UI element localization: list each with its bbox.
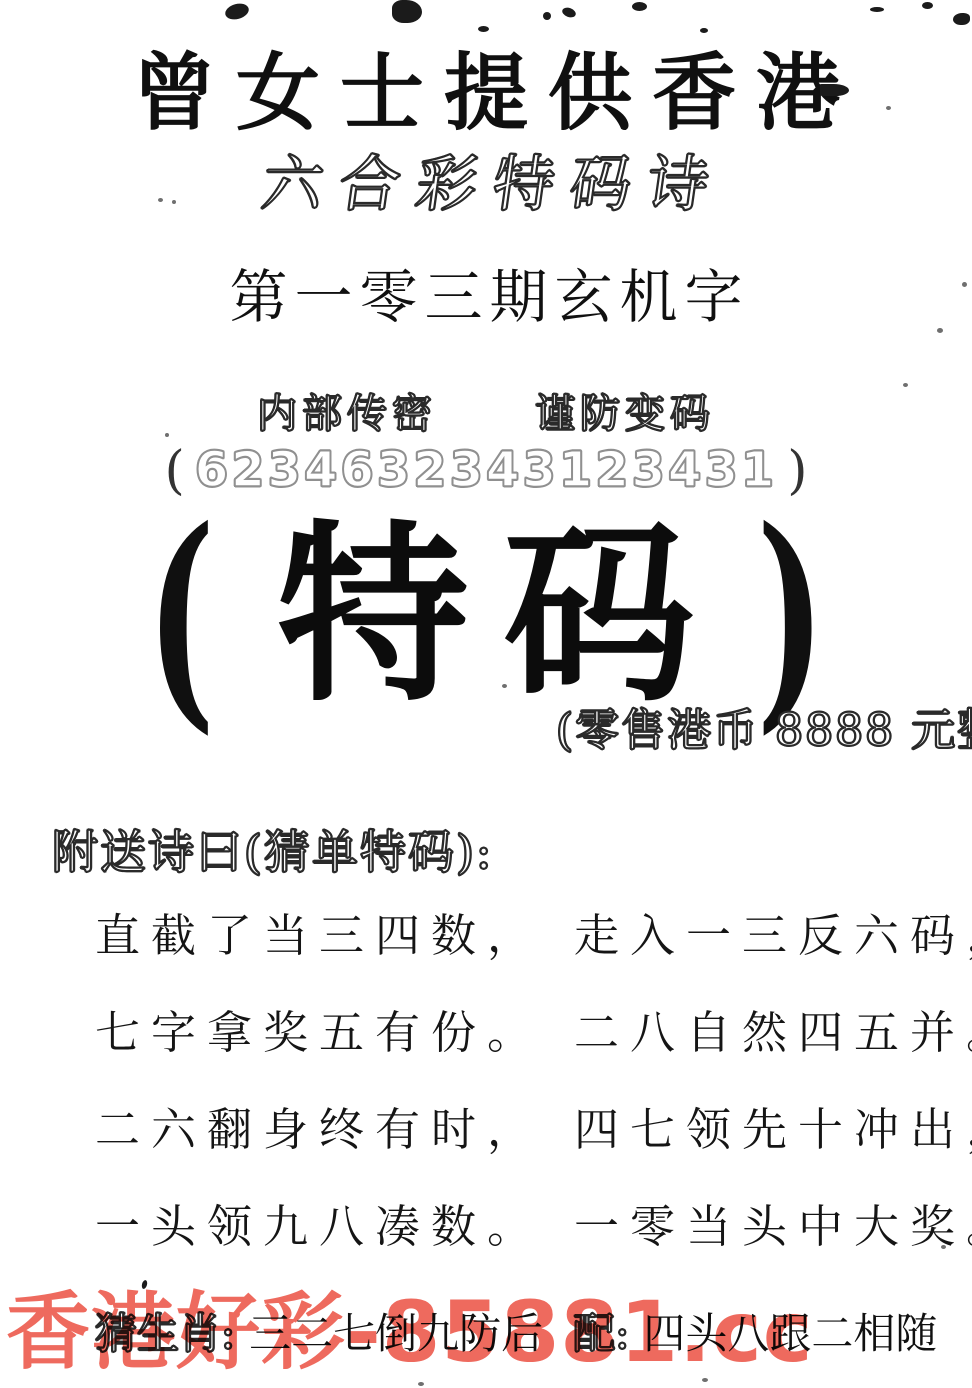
ink-speck [418, 1382, 424, 1386]
ink-speck [820, 84, 849, 96]
ink-speck [700, 28, 708, 33]
ink-speck [502, 684, 507, 688]
ink-speck [158, 198, 163, 202]
issue-title: 第一零三期玄机字 [0, 250, 972, 334]
poem-line: 直截了当三四数， [95, 899, 543, 964]
big-open-paren: ( [147, 498, 216, 734]
poem-line: 二六翻身终有时， [95, 1093, 543, 1158]
poem-line: 四七领先十冲出， [574, 1093, 972, 1158]
poem-intro: 附送诗曰(猜单特码): [52, 816, 493, 882]
notice-beware-code-change: 谨防变码 [535, 382, 715, 439]
ink-speck [223, 1, 250, 22]
poem-line: 二八自然四五并。 [574, 996, 972, 1061]
ink-speck [886, 106, 891, 110]
ink-speck [478, 26, 489, 32]
ink-speck [953, 13, 970, 25]
notice-row: 内部传密 谨防变码 [0, 382, 972, 439]
site-watermark: 香港好彩-85881.cc [6, 1290, 814, 1374]
ink-speck [392, 0, 422, 23]
ink-speck [632, 2, 647, 11]
ink-speck [962, 282, 967, 287]
poem-line: 走入一三反六码， [574, 899, 972, 964]
ink-speck [172, 200, 176, 204]
ink-speck [937, 328, 943, 333]
special-number-label: 特码 [243, 516, 729, 716]
ink-speck [543, 12, 551, 20]
poem-line: 七字拿奖五有份。 [95, 996, 543, 1061]
notice-internal-secret: 内部传密 [257, 382, 437, 439]
poem-line: 一头领九八凑数。 [95, 1190, 543, 1255]
subtitle-lottery-poem: 六合彩特码诗 [0, 136, 972, 223]
ink-speck [903, 383, 908, 387]
scanned-lottery-sheet: 曾女士提供香港 六合彩特码诗 第一零三期玄机字 内部传密 谨防变码 (62346… [0, 0, 972, 1388]
ink-speck [165, 433, 169, 437]
ink-speck [941, 1245, 946, 1249]
price-note: (零售港币 8888 元整) [556, 694, 972, 758]
ink-speck [561, 6, 577, 19]
ink-speck [922, 2, 933, 9]
poem-line: 一零当头中大奖。 [574, 1190, 972, 1255]
ink-speck [870, 7, 884, 12]
